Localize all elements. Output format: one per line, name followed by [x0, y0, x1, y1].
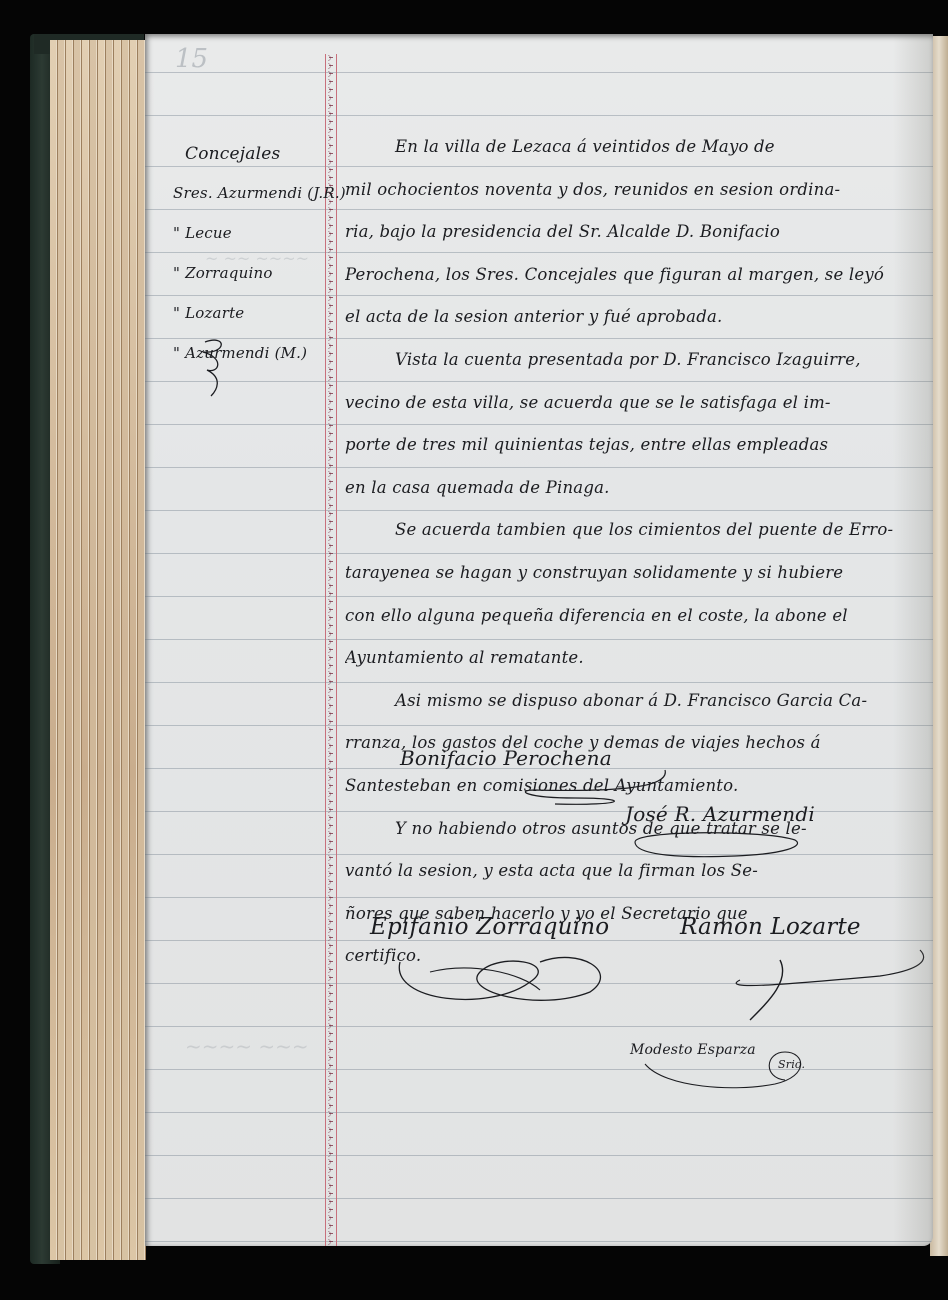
attendee: " Lozarte [173, 304, 323, 344]
signature-flourish-icon [635, 1048, 815, 1098]
paragraph-bridge: Se acuerda tambien que los cimientos del… [345, 509, 905, 679]
signature-alcalde: Bonifacio Perochena [400, 746, 612, 770]
stacked-page-edges [50, 40, 146, 1260]
secretario-title: Srio. [778, 1058, 805, 1071]
paragraph-opening: En la villa de Lezaca á veintidos de May… [345, 126, 905, 339]
signature-secretario: Modesto Esparza Srio. [630, 1042, 756, 1058]
attendee: " Zorraquino [173, 264, 323, 304]
margin-attendees: Concejales Sres. Azurmendi (J.R.) " Lecu… [173, 144, 323, 384]
attendee: " Lecue [173, 224, 323, 264]
bleed-through-text: ~~~~ ~~~ [185, 1034, 309, 1058]
margin-flourish-icon [197, 334, 237, 404]
signature-flourish-icon [390, 942, 630, 1022]
margin-title: Concejales [185, 144, 323, 184]
signature-flourish-icon [680, 940, 933, 1030]
scanned-ledger: 15 ~ ~~ ~~~~ ~~~~ ~~~ Concejales Sres. A… [0, 0, 948, 1300]
faint-page-number: 15 [175, 44, 208, 74]
paragraph-tiles-payment: Vista la cuenta presentada por D. Franci… [345, 339, 905, 509]
signature-ramon: Ramon Lozarte [680, 914, 861, 940]
ledger-page: 15 ~ ~~ ~~~~ ~~~~ ~~~ Concejales Sres. A… [145, 34, 933, 1246]
signature-epifanio: Epifanio Zorraquino [370, 914, 609, 940]
red-margin-rule [325, 54, 337, 1246]
signature-jose-r-azurmendi: José R. Azurmendi [625, 802, 815, 826]
attendee: " Azurmendi (M.) [173, 344, 323, 384]
attendee: Sres. Azurmendi (J.R.) [173, 184, 323, 224]
signature-flourish-icon [625, 826, 825, 866]
